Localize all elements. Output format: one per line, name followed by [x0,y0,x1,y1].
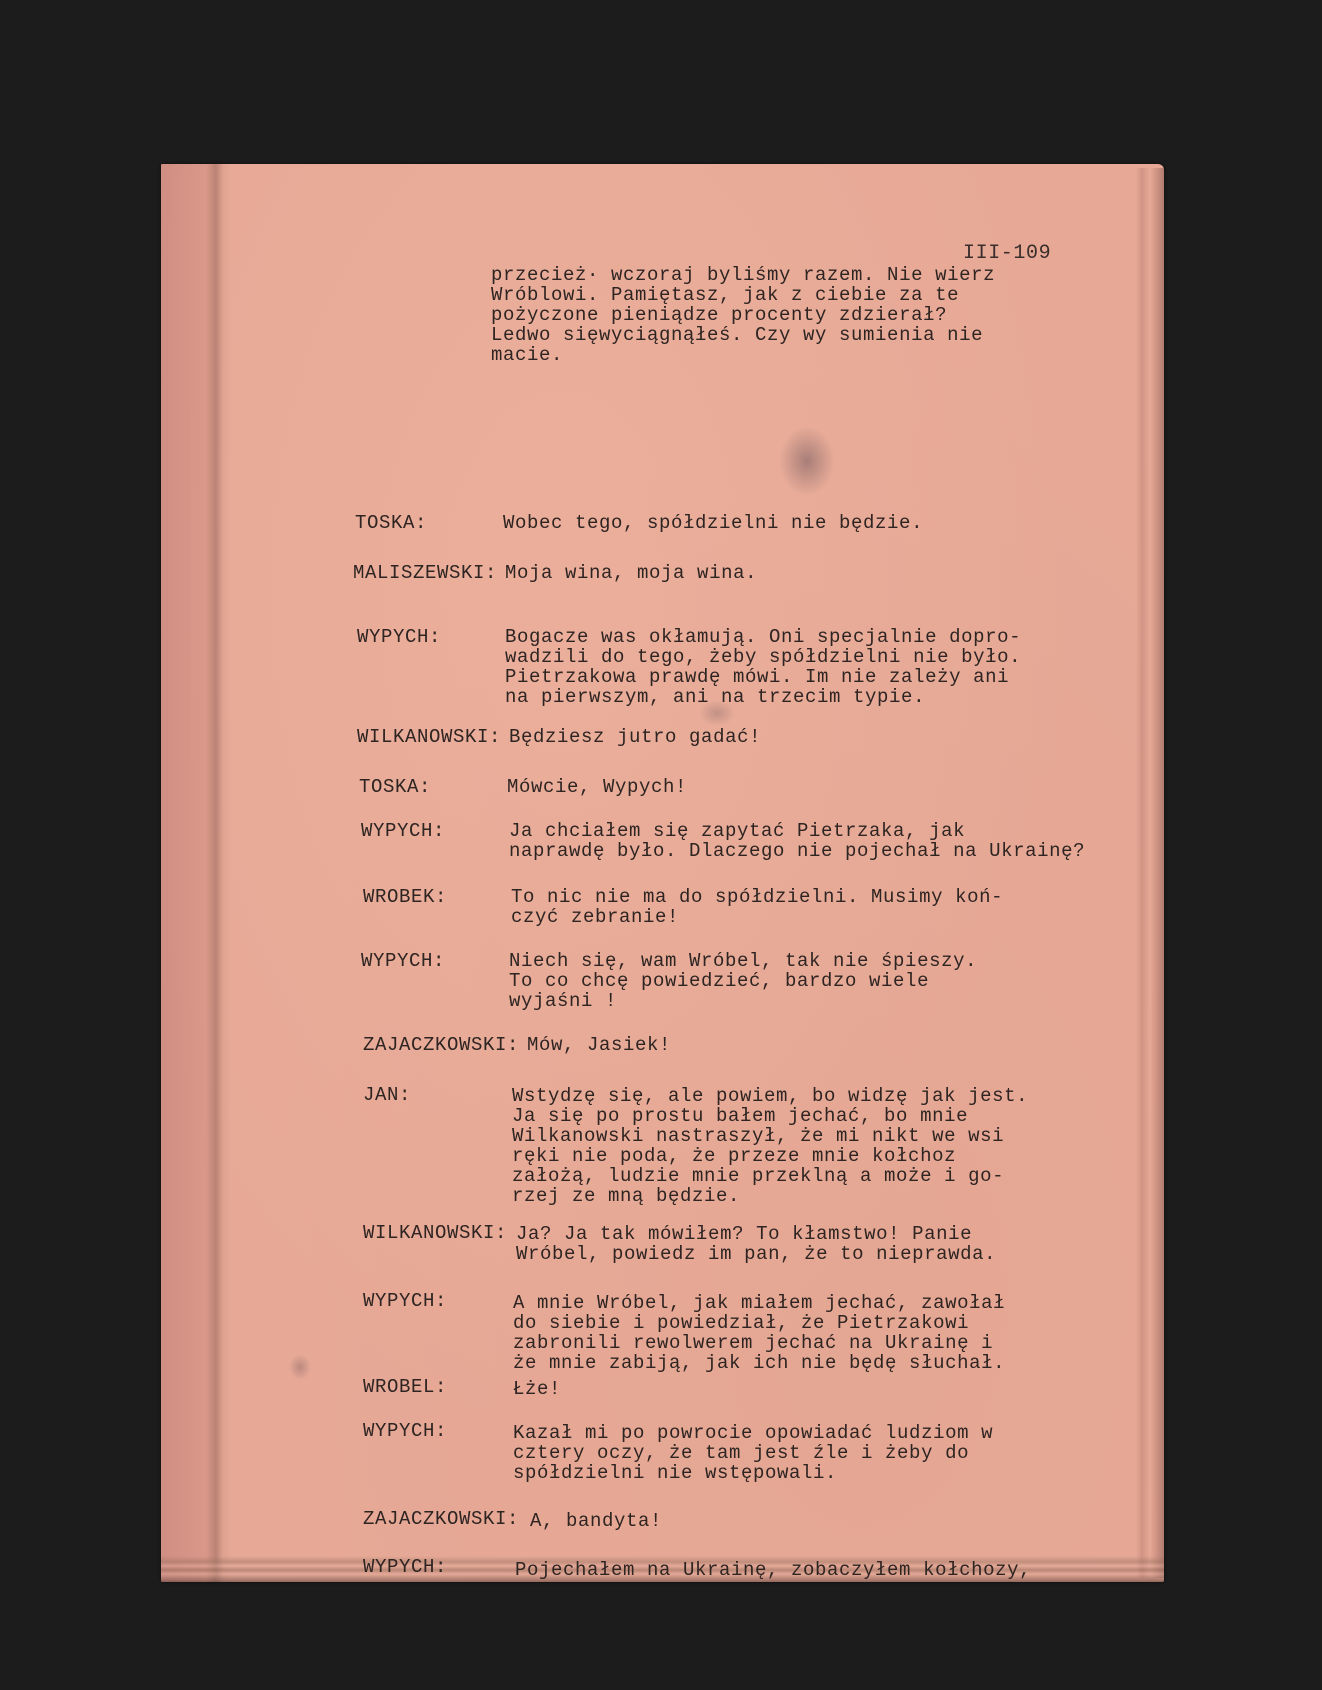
dialogue-line: Mów, Jasiek! [527,1034,671,1056]
speaker-label: TOSKA: [359,776,431,798]
dialogue-line: ręki nie poda, że przeze mnie kołchoz [512,1145,956,1167]
dialogue-line: wyjaśni ! [509,990,617,1012]
dialogue-line: To nic nie ma do spółdzielni. Musimy koń… [511,886,1003,908]
dialogue-line: Łże! [513,1378,561,1400]
continuation-line: macie. [491,344,563,366]
dialogue-line: Ja się po prostu bałem jechać, bo mnie [512,1105,968,1127]
dialogue-line: spółdzielni nie wstępowali. [513,1462,837,1484]
dialogue-line: naprawdę było. Dlaczego nie pojechał na … [509,840,1085,862]
dialogue-line: Pojechałem na Ukrainę, zobaczyłem kołcho… [515,1559,1031,1581]
dialogue-line: Będziesz jutro gadać! [509,726,761,748]
dialogue-line: Kazał mi po powrocie opowiadać ludziom w [513,1422,993,1444]
continuation-line: Ledwo sięwyciągnąłeś. Czy wy sumienia ni… [491,324,983,346]
speaker-label: WYPYCH: [363,1290,447,1312]
speaker-label: WROBEL: [363,1376,447,1398]
dialogue-line: czyć zebranie! [511,906,679,928]
speaker-label: WYPYCH: [363,1556,447,1578]
speaker-label: MALISZEWSKI: [353,562,497,584]
speaker-label: ZAJACZKOWSKI: [363,1034,519,1056]
speaker-label: JAN: [363,1084,411,1106]
dialogue-line: Bogacze was okłamują. Oni specjalnie dop… [505,626,1021,648]
speaker-label: WILKANOWSKI: [357,726,501,748]
dialogue-line: rzej ze mną będzie. [512,1185,740,1207]
dialogue-line: Wobec tego, spółdzielni nie będzie. [503,512,923,534]
typewritten-page: III-109 przecież· wczoraj byliśmy razem.… [161,164,1164,1582]
continuation-line: pożyczone pieniądze procenty zdzierał? [491,304,947,326]
speaker-label: WILKANOWSKI: [363,1222,507,1244]
dialogue-line: Ja? Ja tak mówiłem? To kłamstwo! Panie [516,1223,972,1245]
speaker-label: ZAJACZKOWSKI: [363,1508,519,1530]
dialogue-line: To co chcę powiedzieć, bardzo wiele [509,970,929,992]
dialogue-line: zabronili rewolwerem jechać na Ukrainę i [513,1332,993,1354]
speaker-label: TOSKA: [355,512,427,534]
dialogue-line: A, bandyta! [530,1510,662,1532]
continuation-line: przecież· wczoraj byliśmy razem. Nie wie… [491,264,995,286]
dialogue-line: na pierwszym, ani na trzecim typie. [505,686,925,708]
dialogue-line: Ja chciałem się zapytać Pietrzaka, jak [509,820,965,842]
dialogue-line: A mnie Wróbel, jak miałem jechać, zawoła… [513,1292,1005,1314]
dialogue-line: Pietrzakowa prawdę mówi. Im nie zależy a… [505,666,1009,688]
dialogue-line: Wstydzę się, ale powiem, bo widzę jak je… [512,1085,1028,1107]
speaker-label: WYPYCH: [361,820,445,842]
continuation-line: Wróblowi. Pamiętasz, jak z ciebie za te [491,284,959,306]
speaker-label: WROBEK: [363,886,447,908]
dialogue-line: Moja wina, moja wina. [505,562,757,584]
dialogue-line: wadzili do tego, żeby spółdzielni nie by… [505,646,1021,668]
dialogue-line: cztery oczy, że tam jest źle i żeby do [513,1442,969,1464]
document-text: III-109 przecież· wczoraj byliśmy razem.… [161,164,1164,1582]
dialogue-line: Wróbel, powiedz im pan, że to nieprawda. [516,1243,996,1265]
dialogue-line: Niech się, wam Wróbel, tak nie śpieszy. [509,950,977,972]
speaker-label: WYPYCH: [363,1420,447,1442]
speaker-label: WYPYCH: [361,950,445,972]
dialogue-line: że mnie zabiją, jak ich nie będę słuchał… [513,1352,1005,1374]
dialogue-line: do siebie i powiedział, że Pietrzakowi [513,1312,969,1334]
speaker-label: WYPYCH: [357,626,441,648]
dialogue-line: założą, ludzie mnie przeklną a może i go… [512,1165,1004,1187]
page-number: III-109 [963,242,1051,265]
dialogue-line: Wilkanowski nastraszył, że mi nikt we ws… [512,1125,1004,1147]
dialogue-line: Mówcie, Wypych! [507,776,687,798]
